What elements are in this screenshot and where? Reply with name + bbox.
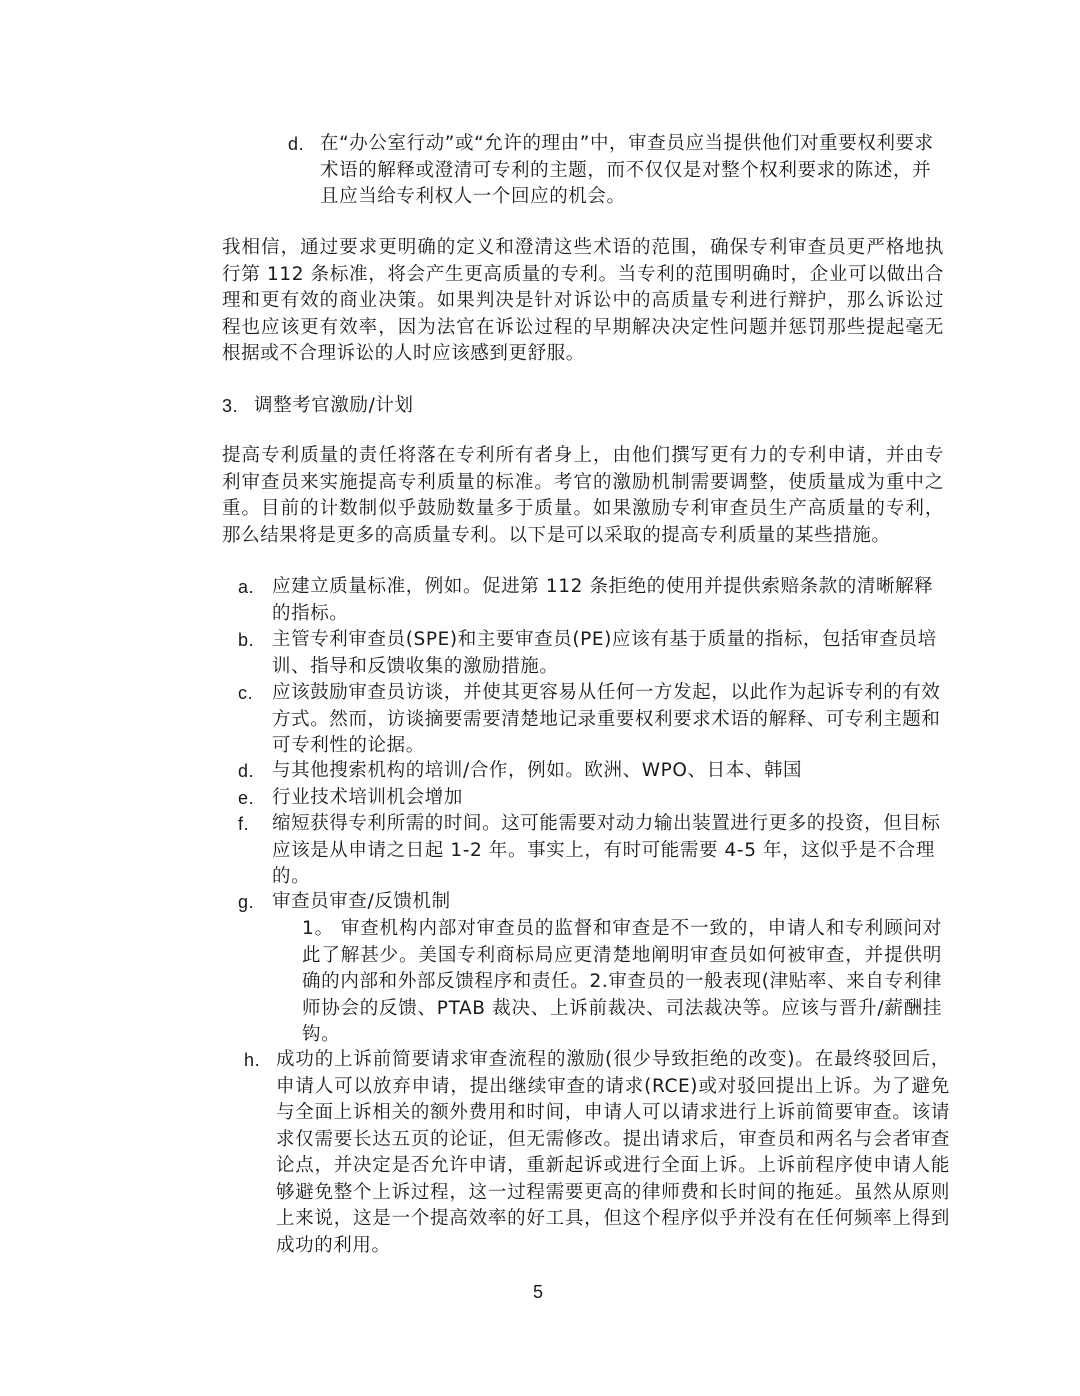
list-marker: a.	[238, 574, 254, 601]
list-marker: g.	[238, 889, 254, 916]
list-item-text: 行业技术培训机会增加	[272, 785, 950, 812]
section-title: 调整考官激励/计划	[254, 393, 414, 420]
list-marker: e.	[238, 785, 254, 812]
list-item-text: 缩短获得专利所需的时间。这可能需要对动力输出装置进行更多的投资，但目标应该是从申…	[272, 811, 950, 891]
paragraph: 我相信，通过要求更明确的定义和澄清这些术语的范围，确保专利审查员更严格地执行第 …	[222, 235, 944, 368]
list-marker: d.	[288, 131, 304, 158]
list-marker: b.	[238, 627, 254, 654]
list-item-text: 成功的上诉前简要请求审查流程的激励(很少导致拒绝的改变)。在最终驳回后，申请人可…	[276, 1047, 950, 1259]
list-marker: c.	[238, 680, 253, 707]
document-page: d. 在“办公室行动”或“允许的理由”中，审查员应当提供他们对重要权利要求术语的…	[0, 0, 1080, 1396]
list-item-text: 主管专利审查员(SPE)和主要审查员(PE)应该有基于质量的指标，包括审查员培训…	[272, 627, 950, 680]
sub-paragraph-g: 1。 审查机构内部对审查员的监督和审查是不一致的，申请人和专利顾问对此了解甚少。…	[302, 916, 942, 1049]
section-number: 3.	[222, 393, 238, 420]
list-item-text: 审查员审查/反馈机制	[272, 889, 950, 916]
list-item-text: 应建立质量标准，例如。促进第 112 条拒绝的使用并提供索赔条款的清晰解释的指标…	[272, 574, 950, 627]
paragraph: 提高专利质量的责任将落在专利所有者身上，由他们撰写更有力的专利申请，并由专利审查…	[222, 443, 944, 549]
list-item-text: 在“办公室行动”或“允许的理由”中，审查员应当提供他们对重要权利要求术语的解释或…	[320, 131, 948, 211]
list-marker: d.	[238, 758, 254, 785]
page-number: 5	[533, 1282, 543, 1303]
list-marker: h.	[244, 1047, 260, 1074]
list-item-text: 应该鼓励审查员访谈，并使其更容易从任何一方发起，以此作为起诉专利的有效方式。然而…	[272, 680, 950, 760]
list-marker: f.	[238, 811, 249, 838]
list-item-text: 与其他搜索机构的培训/合作，例如。欧洲、WPO、日本、韩国	[272, 758, 950, 785]
